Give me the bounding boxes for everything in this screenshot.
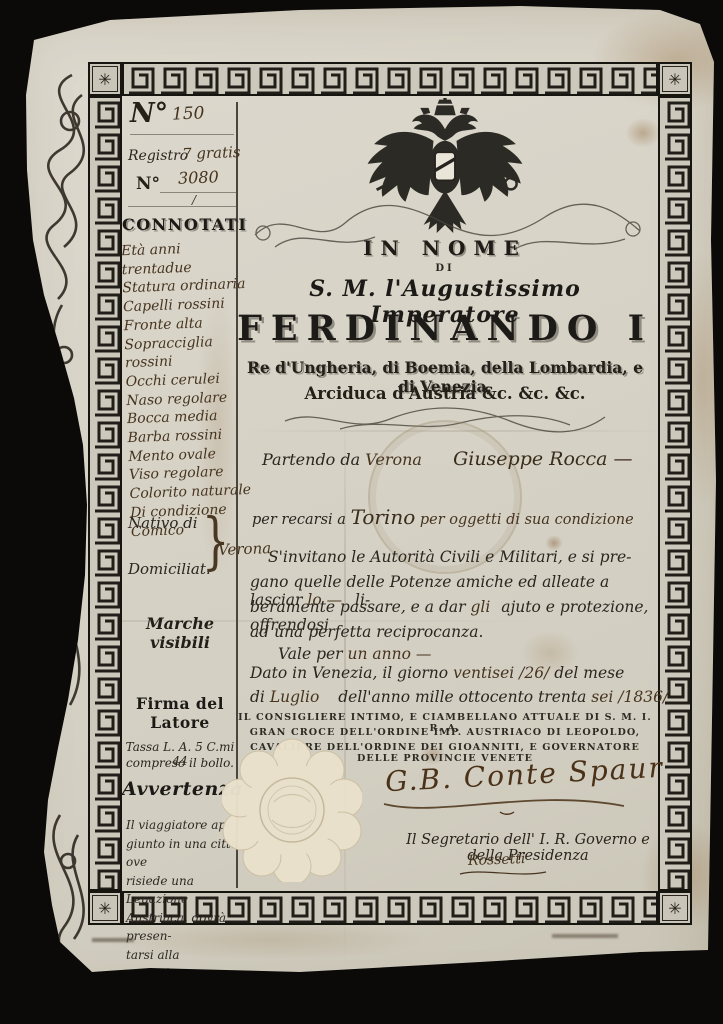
dato-post: del mese <box>554 664 624 682</box>
corner-rosette-icon: ✳ <box>88 891 122 925</box>
place-value: Verona <box>218 539 272 559</box>
registry-number2-value: 3080 <box>178 167 219 187</box>
heading-name: FERDINANDO I <box>236 308 654 349</box>
registry-rule <box>130 134 234 135</box>
corner-rosette-icon: ✳ <box>658 891 692 925</box>
destination: Torino <box>351 505 416 529</box>
greek-key-border-top <box>122 62 658 96</box>
corner-rosette-icon: ✳ <box>88 62 122 96</box>
registro-value: 7 gratis <box>182 143 241 163</box>
vale-line: Vale per un anno — <box>278 645 431 663</box>
passport-document-sheet: ✳ ✳ ✳ ✳ N° 150 Registro 7 gratis N° 3080… <box>0 0 723 1024</box>
nativo-label: Nativo di <box>128 514 198 532</box>
dato2-hand2: sei /1836/ <box>591 688 668 706</box>
firma-label: Firma del Latore <box>122 694 238 732</box>
secretary-signature-flourish-icon <box>458 868 548 878</box>
tassa-line2: compreso il bollo. <box>122 756 238 770</box>
secretary-title: Il Segretario dell' I. R. Governo e dell… <box>388 832 668 864</box>
scan-background: { "document": { "registry": { "no_label"… <box>0 0 723 1024</box>
dato-line2: di Luglio dell'anno mille ottocento tren… <box>250 688 670 706</box>
secretary-signature: Rossetti <box>468 851 526 869</box>
connotati-title: CONNOTATI <box>122 215 238 234</box>
dato-hand: ventisei /26/ <box>453 664 549 682</box>
engraver-mark <box>92 938 134 942</box>
avvertenza-line: tarsi alla medesima. <box>126 946 244 983</box>
rosette-glyph: ✳ <box>98 899 111 918</box>
avvertenza-title: Avvertenza <box>122 778 238 800</box>
avvertenza-line: Austriaca, dovrà presen- <box>126 909 244 946</box>
registry-rule2 <box>160 192 236 193</box>
registry-number-value: 150 <box>172 103 205 124</box>
recarsi-post: per oggetti di sua condizione <box>420 512 634 528</box>
greek-key-border-left <box>88 96 122 891</box>
heading-di: DI <box>236 263 654 274</box>
embossed-seal-icon <box>222 736 362 882</box>
par3-pre: beramente passare, e a dar <box>250 598 466 616</box>
registro-label: Registro <box>128 148 188 164</box>
partendo-place: Verona <box>365 450 422 469</box>
engraver-mark <box>552 934 618 938</box>
rosette-glyph: ✳ <box>98 70 111 89</box>
rosette-glyph: ✳ <box>668 899 681 918</box>
recarsi-pre: per recarsi a <box>252 512 346 528</box>
dato2-mid: dell'anno mille ottocento trenta <box>338 688 586 706</box>
grant-paragraph-line1: S'invitano le Autorità Civili e Militari… <box>268 548 658 566</box>
registry-number-label: N° <box>130 98 168 129</box>
vale-hand: un anno — <box>348 645 432 663</box>
vale-label: Vale per <box>278 645 343 663</box>
registry-check: / <box>192 193 196 207</box>
partendo-label: Partendo da <box>262 450 360 469</box>
dato2-hand: Luglio <box>270 688 319 706</box>
partendo-line: Partendo da Verona Giuseppe Rocca — <box>262 448 652 470</box>
registry-rule3 <box>128 206 236 207</box>
signature-flourish-icon <box>380 792 630 818</box>
bearer-name: Giuseppe Rocca — <box>453 448 633 470</box>
dato-pre: Dato in Venezia, il giorno <box>250 664 448 682</box>
connotati-line: Età anni trentadue <box>121 238 247 280</box>
grant-paragraph-line4: ad una perfetta reciprocanza. <box>250 623 654 641</box>
recarsi-line: per recarsi a Torino per oggetti di sua … <box>252 505 652 529</box>
dato2-pre: di <box>250 688 265 706</box>
heading-titles2: Arciduca d'Austria &c. &c. &c. <box>236 384 654 403</box>
rosette-glyph: ✳ <box>668 70 681 89</box>
connotati-line: Sopracciglia rossini <box>124 331 250 373</box>
heading-in-nome: IN NOME <box>236 236 654 260</box>
marche-label: Marche visibili <box>122 614 238 652</box>
domiciliato-label: Domiciliat. <box>128 560 211 578</box>
registry-number2-label: N° <box>136 174 160 194</box>
par3-hand: gli <box>470 598 490 616</box>
dato-line1: Dato in Venezia, il giorno ventisei /26/… <box>250 664 670 682</box>
corner-rosette-icon: ✳ <box>658 62 692 96</box>
